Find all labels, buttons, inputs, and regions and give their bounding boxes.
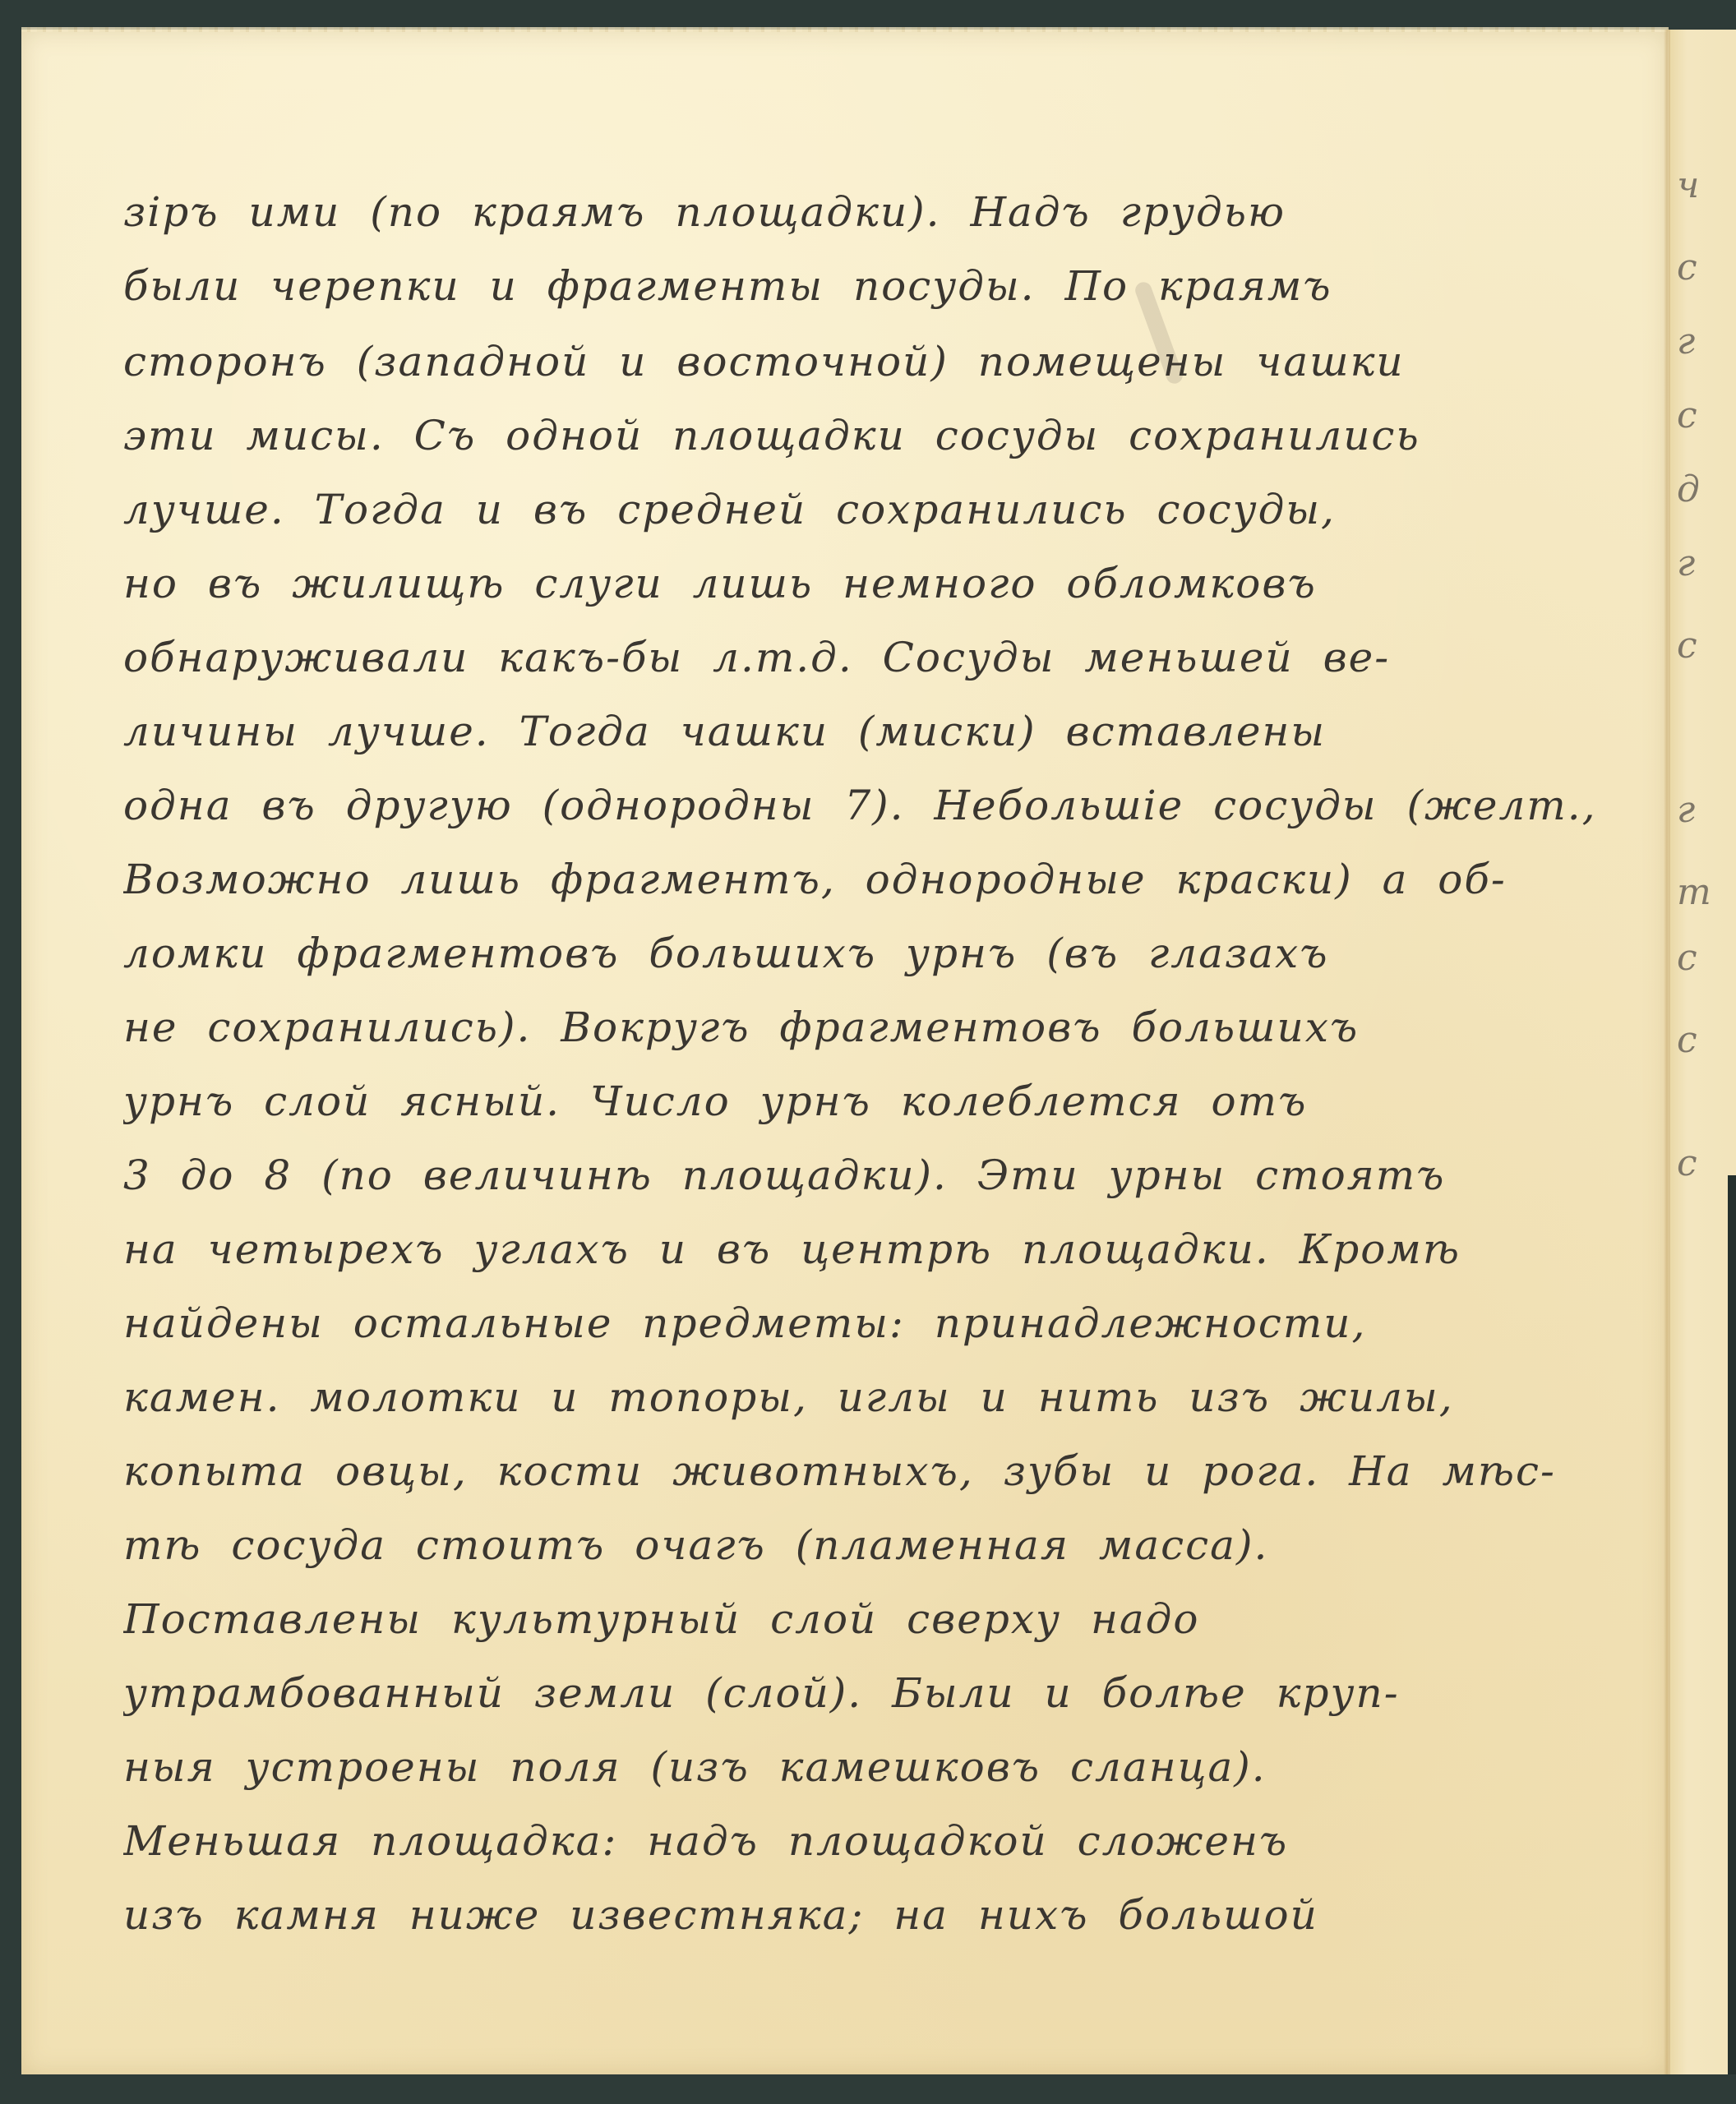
- text-line-18: копыта овцы, кости животныхъ, зубы и рог…: [123, 1438, 1644, 1504]
- facing-fragment: г: [1677, 321, 1695, 362]
- text-line-24: изъ камня ниже известняка; на нихъ больш…: [123, 1882, 1644, 1948]
- text-line-2: были черепки и фрагменты посуды. По края…: [123, 253, 1644, 319]
- text-line-10: Возможно лишь фрагментъ, однородные крас…: [123, 847, 1644, 912]
- text-line-14: 3 до 8 (по величинѣ площадки). Эти урны …: [123, 1142, 1644, 1208]
- text-line-21: утрамбованный земли (слой). Были и болѣе…: [123, 1660, 1644, 1726]
- facing-fragment: т: [1677, 871, 1711, 913]
- text-line-4: эти мисы. Съ одной площадки сосуды сохра…: [123, 403, 1644, 468]
- background-strip: [1728, 1175, 1736, 2074]
- facing-fragment: с: [1677, 1142, 1697, 1184]
- facing-fragment: д: [1677, 468, 1700, 510]
- text-line-8: личины лучше. Тогда чашки (миски) вставл…: [123, 699, 1644, 764]
- facing-fragment: с: [1677, 394, 1697, 436]
- text-line-23: Меньшая площадка: надъ площадкой сложенъ: [123, 1808, 1644, 1874]
- text-line-12: не сохранились). Вокругъ фрагментовъ бол…: [123, 994, 1644, 1060]
- text-line-15: на четырехъ углахъ и въ центрѣ площадки.…: [123, 1216, 1644, 1282]
- text-line-22: ныя устроены поля (изъ камешковъ сланца)…: [123, 1734, 1644, 1800]
- text-line-13: урнъ слой ясный. Число урнъ колеблется о…: [123, 1068, 1644, 1134]
- facing-fragment: с: [1677, 625, 1697, 667]
- facing-fragment: г: [1677, 789, 1695, 831]
- facing-fragment: с: [1677, 247, 1697, 288]
- facing-fragment: с: [1677, 1019, 1697, 1061]
- text-line-9: одна въ другую (однородны 7). Небольшіе …: [123, 773, 1644, 838]
- text-line-6: но въ жилищѣ слуги лишь немного обломков…: [123, 551, 1644, 616]
- text-line-5: лучше. Тогда и въ средней сохранились со…: [123, 477, 1644, 542]
- text-line-20: Поставлены культурный слой сверху надо: [123, 1586, 1644, 1652]
- text-line-1: зіръ ими (по краямъ площадки). Надъ груд…: [123, 179, 1644, 245]
- text-line-11: ломки фрагментовъ большихъ урнъ (въ глаз…: [123, 920, 1644, 986]
- facing-fragment: г: [1677, 542, 1695, 584]
- text-line-17: камен. молотки и топоры, иглы и нить изъ…: [123, 1364, 1644, 1430]
- text-line-16: найдены остальные предметы: принадлежнос…: [123, 1290, 1644, 1356]
- text-line-3: сторонъ (западной и восточной) помещены …: [123, 329, 1644, 394]
- facing-fragment: с: [1677, 937, 1697, 979]
- text-line-19: тѣ сосуда стоитъ очагъ (пламенная масса)…: [123, 1512, 1644, 1578]
- manuscript-scan: зіръ ими (по краямъ площадки). Надъ груд…: [0, 0, 1736, 2104]
- facing-fragment: ч: [1677, 164, 1699, 206]
- text-line-7: обнаруживали какъ-бы л.т.д. Сосуды меньш…: [123, 625, 1644, 690]
